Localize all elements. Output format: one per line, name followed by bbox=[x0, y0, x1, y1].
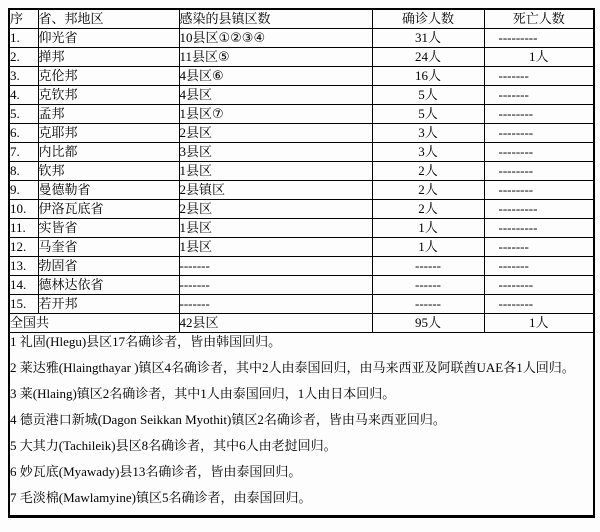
table-row: 10.伊洛瓦底省2县区2人--------- bbox=[9, 200, 594, 219]
footnotes-cell: 1 礼固(Hlegu)县区17名确诊者，皆由韩国回归。2 莱达雅(Hlaingt… bbox=[9, 333, 594, 517]
cell-confirmed: 2人 bbox=[372, 181, 484, 200]
cell-townships: ------- bbox=[179, 295, 372, 314]
table-row: 9.曼德勒省2县镇区2人-------- bbox=[9, 181, 594, 200]
table-row: 13.勃固省-------------------- bbox=[9, 257, 594, 276]
cell-townships: 1县区 bbox=[179, 162, 372, 181]
cell-deaths: -------- bbox=[484, 295, 594, 314]
cell-confirmed: ------ bbox=[372, 295, 484, 314]
cell-no: 1. bbox=[9, 29, 38, 48]
cell-townships: 10县区①②③④ bbox=[179, 29, 372, 48]
column-header-deaths: 死亡人数 bbox=[484, 9, 594, 29]
footnotes-section: 1 礼固(Hlegu)县区17名确诊者，皆由韩国回归。2 莱达雅(Hlaingt… bbox=[10, 333, 593, 506]
infection-table: 序 省、邦地区 感染的县镇区数 确诊人数 死亡人数 1.仰光省10县区①②③④3… bbox=[8, 8, 595, 518]
cell-deaths: -------- bbox=[484, 181, 594, 200]
cell-deaths: ------- bbox=[484, 257, 594, 276]
footnote: 6 妙瓦底(Myawady)县13名确诊者，皆由泰国回归。 bbox=[18, 463, 593, 480]
cell-deaths: --------- bbox=[484, 29, 594, 48]
cell-no: 2. bbox=[9, 48, 38, 67]
table-row: 7.内比都3县区3人-------- bbox=[9, 143, 594, 162]
table-row: 2.掸邦11县区⑤24人1人 bbox=[9, 48, 594, 67]
cell-deaths: --------- bbox=[484, 200, 594, 219]
table-row: 12.马奎省1县区1人------- bbox=[9, 238, 594, 257]
cell-region: 仰光省 bbox=[38, 29, 179, 48]
cell-region: 掸邦 bbox=[38, 48, 179, 67]
table-row: 8.钦邦1县区2人-------- bbox=[9, 162, 594, 181]
cell-townships: 2县镇区 bbox=[179, 181, 372, 200]
total-townships: 42县区 bbox=[179, 314, 372, 333]
table-row: 5.孟邦1县区⑦5人-------- bbox=[9, 105, 594, 124]
cell-no: 8. bbox=[9, 162, 38, 181]
cell-deaths: ------- bbox=[484, 67, 594, 86]
cell-townships: 2县区 bbox=[179, 200, 372, 219]
cell-deaths: -------- bbox=[484, 105, 594, 124]
cell-region: 内比都 bbox=[38, 143, 179, 162]
footnote: 3 莱(Hlaing)镇区2名确诊者，其中1人由泰国回归，1人由日本回归。 bbox=[18, 385, 593, 402]
cell-no: 7. bbox=[9, 143, 38, 162]
cell-no: 12. bbox=[9, 238, 38, 257]
table-header: 序 省、邦地区 感染的县镇区数 确诊人数 死亡人数 bbox=[9, 9, 594, 29]
cell-townships: 4县区 bbox=[179, 86, 372, 105]
table-row: 14.德林达依省--------------------- bbox=[9, 276, 594, 295]
cell-deaths: -------- bbox=[484, 143, 594, 162]
table-row: 1.仰光省10县区①②③④31人--------- bbox=[9, 29, 594, 48]
cell-confirmed: 5人 bbox=[372, 105, 484, 124]
table-row: 11.实皆省1县区1人--------- bbox=[9, 219, 594, 238]
cell-region: 克伦邦 bbox=[38, 67, 179, 86]
cell-region: 实皆省 bbox=[38, 219, 179, 238]
cell-townships: 1县区 bbox=[179, 219, 372, 238]
cell-confirmed: ------ bbox=[372, 276, 484, 295]
cell-deaths: ------- bbox=[484, 238, 594, 257]
cell-confirmed: 1人 bbox=[372, 219, 484, 238]
footnote: 7 毛淡棉(Mawlamyine)镇区5名确诊者，由泰国回归。 bbox=[18, 489, 593, 506]
cell-region: 钦邦 bbox=[38, 162, 179, 181]
cell-deaths: -------- bbox=[484, 276, 594, 295]
column-header-index: 序 bbox=[9, 9, 38, 29]
cell-confirmed: 3人 bbox=[372, 124, 484, 143]
cell-no: 9. bbox=[9, 181, 38, 200]
cell-confirmed: 5人 bbox=[372, 86, 484, 105]
column-header-region: 省、邦地区 bbox=[38, 9, 179, 29]
cell-confirmed: 24人 bbox=[372, 48, 484, 67]
cell-region: 伊洛瓦底省 bbox=[38, 200, 179, 219]
cell-townships: 11县区⑤ bbox=[179, 48, 372, 67]
cell-townships: 3县区 bbox=[179, 143, 372, 162]
cell-no: 14. bbox=[9, 276, 38, 295]
cell-no: 5. bbox=[9, 105, 38, 124]
cell-no: 15. bbox=[9, 295, 38, 314]
cell-townships: 1县区⑦ bbox=[179, 105, 372, 124]
cell-deaths: -------- bbox=[484, 162, 594, 181]
cell-region: 孟邦 bbox=[38, 105, 179, 124]
column-header-townships: 感染的县镇区数 bbox=[179, 9, 372, 29]
cell-deaths: 1人 bbox=[484, 48, 594, 67]
cell-confirmed: 1人 bbox=[372, 238, 484, 257]
cell-confirmed: 2人 bbox=[372, 162, 484, 181]
cell-no: 10. bbox=[9, 200, 38, 219]
cell-deaths: -------- bbox=[484, 124, 594, 143]
table-body: 1.仰光省10县区①②③④31人---------2.掸邦11县区⑤24人1人3… bbox=[9, 29, 594, 314]
footnote: 4 德贡港口新城(Dagon Seikkan Myothit)镇区2名确诊者，皆… bbox=[18, 411, 593, 428]
cell-no: 11. bbox=[9, 219, 38, 238]
total-row: 全国共 42县区 95人 1人 bbox=[9, 314, 594, 333]
table-row: 4.克钦邦4县区5人------- bbox=[9, 86, 594, 105]
document-page: 序 省、邦地区 感染的县镇区数 确诊人数 死亡人数 1.仰光省10县区①②③④3… bbox=[0, 0, 600, 532]
cell-townships: ------- bbox=[179, 276, 372, 295]
cell-no: 3. bbox=[9, 67, 38, 86]
total-label: 全国共 bbox=[9, 314, 179, 333]
column-header-confirmed: 确诊人数 bbox=[372, 9, 484, 29]
cell-region: 克耶邦 bbox=[38, 124, 179, 143]
footnote: 5 大其力(Tachileik)县区8名确诊者，其中6人由老挝回归。 bbox=[18, 437, 593, 454]
cell-region: 勃固省 bbox=[38, 257, 179, 276]
total-deaths: 1人 bbox=[484, 314, 594, 333]
cell-no: 13. bbox=[9, 257, 38, 276]
table-row: 15.若开邦--------------------- bbox=[9, 295, 594, 314]
footnote: 1 礼固(Hlegu)县区17名确诊者，皆由韩国回归。 bbox=[18, 333, 593, 350]
cell-townships: 4县区⑥ bbox=[179, 67, 372, 86]
cell-region: 马奎省 bbox=[38, 238, 179, 257]
cell-confirmed: 3人 bbox=[372, 143, 484, 162]
cell-townships: ------- bbox=[179, 257, 372, 276]
cell-confirmed: 31人 bbox=[372, 29, 484, 48]
cell-region: 克钦邦 bbox=[38, 86, 179, 105]
cell-no: 4. bbox=[9, 86, 38, 105]
cell-townships: 2县区 bbox=[179, 124, 372, 143]
cell-region: 曼德勒省 bbox=[38, 181, 179, 200]
table-row: 3.克伦邦4县区⑥16人------- bbox=[9, 67, 594, 86]
cell-region: 德林达依省 bbox=[38, 276, 179, 295]
cell-region: 若开邦 bbox=[38, 295, 179, 314]
footnote: 2 莱达雅(Hlaingthayar )镇区4名确诊者，其中2人由泰国回归，由马… bbox=[18, 359, 593, 376]
cell-townships: 1县区 bbox=[179, 238, 372, 257]
cell-deaths: ------- bbox=[484, 86, 594, 105]
cell-confirmed: 16人 bbox=[372, 67, 484, 86]
cell-confirmed: 2人 bbox=[372, 200, 484, 219]
table-row: 6.克耶邦2县区3人-------- bbox=[9, 124, 594, 143]
header-row: 序 省、邦地区 感染的县镇区数 确诊人数 死亡人数 bbox=[9, 9, 594, 29]
footnotes-row: 1 礼固(Hlegu)县区17名确诊者，皆由韩国回归。2 莱达雅(Hlaingt… bbox=[9, 333, 594, 517]
cell-no: 6. bbox=[9, 124, 38, 143]
table-footer: 全国共 42县区 95人 1人 1 礼固(Hlegu)县区17名确诊者，皆由韩国… bbox=[9, 314, 594, 517]
cell-confirmed: ------ bbox=[372, 257, 484, 276]
total-confirmed: 95人 bbox=[372, 314, 484, 333]
cell-deaths: --------- bbox=[484, 219, 594, 238]
